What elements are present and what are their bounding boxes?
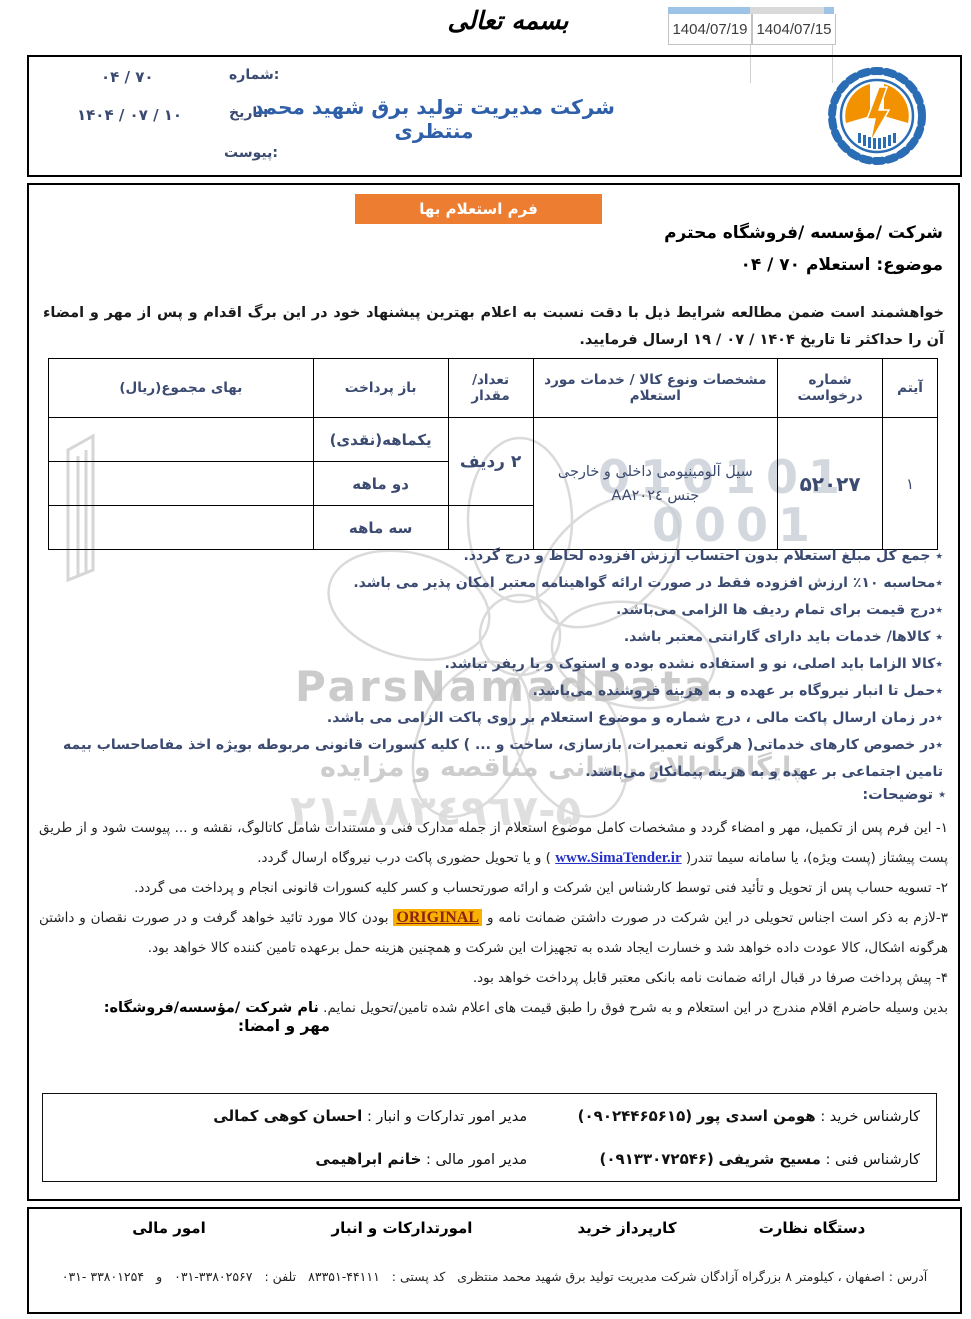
- declaration-line: بدین وسیله حاضرم اقلام مندرج در این استع…: [39, 993, 948, 1023]
- price-cell: [49, 418, 314, 462]
- subject-number: ۰۴ / ۷۰: [740, 255, 800, 275]
- condition-note: ٭در زمان ارسال پاکت مالی ، درج شماره و م…: [44, 705, 943, 732]
- subject-label: موضوع: استعلام: [806, 255, 943, 275]
- form-title-banner: فرم استعلام بها: [355, 194, 602, 224]
- contacts-box: کارشناس خرید : هومن اسدی پور (۰۹۰۲۴۴۶۵۶۱…: [42, 1093, 937, 1182]
- tab-date-2[interactable]: 1404/07/15: [752, 14, 836, 45]
- number-value: ۰۴ / ۷۰: [101, 68, 154, 86]
- technical-expert-label: کارشناس فنی :: [826, 1152, 920, 1168]
- dept-procurement-warehouse: امورتدارکات و انبار: [332, 1219, 473, 1237]
- intro-text-1: خواهشمند است ضمن مطالعه شرایط ذیل با دقت…: [43, 305, 944, 348]
- explanation-item-3: ۳-لازم به ذکر است اجناس تحویلی در این شر…: [39, 903, 948, 963]
- technical-expert-phone: (۰۹۱۳۳۰۷۲۵۴۶): [599, 1150, 713, 1168]
- phone-value-2: ۰۳۱- ۳۳۸۰۱۲۵۴: [62, 1269, 144, 1284]
- col-item: آیتم: [883, 359, 938, 418]
- explanations-title: ٭ توضیحات:: [862, 787, 946, 803]
- explanations-list: ۱- این فرم پس از تکمیل، مهر و امضاء گردد…: [39, 813, 948, 1023]
- explanation-3-text-a: ۳-لازم به ذکر است اجناس تحویلی در این شر…: [487, 910, 948, 926]
- condition-note: ٭ جمع کل مبلغ استعلام بدون احتساب ارزش ا…: [44, 543, 943, 570]
- finance-manager-row: مدیر امور مالی : خانم ابراهیمی: [43, 1150, 543, 1168]
- inquiry-items-table: آیتم شماره درخواست مشخصات ونوع کالا / خد…: [48, 358, 938, 550]
- form-body-box: فرم استعلام بها شرکت /مؤسسه /فروشگاه محت…: [27, 183, 960, 1201]
- procurement-manager-name: احسان کوهی کمالی: [213, 1107, 362, 1125]
- explanation-1-text-b: ) و یا تحویل حضوری پاکت درب نیروگاه ارسا…: [257, 850, 551, 866]
- address-text: آدرس : اصفهان ، کیلومتر ۸ بزرگراه آزادگا…: [457, 1269, 927, 1284]
- letterhead-box: شماره: ۰۴ / ۷۰ تاریخ: ۱۴۰۴ / ۰۷ / ۱۰ پیو…: [27, 55, 962, 177]
- finance-manager-label: مدیر امور مالی :: [426, 1152, 527, 1168]
- condition-note: ٭درج قیمت برای تمام ردیف ها الزامی می‌با…: [44, 597, 943, 624]
- table-row: ۱ ۵۲۰۲۷ سیل آلومینیومی داخلی و خارجی جنس…: [49, 418, 938, 462]
- col-quantity: تعداد/ مقدار: [448, 359, 533, 418]
- purchase-expert-name: هومن اسدی پور: [697, 1107, 816, 1125]
- price-cell: [49, 462, 314, 506]
- condition-note: ٭کالا الزاما باید اصلی، نو و استفاده نشد…: [44, 651, 943, 678]
- conditions-list: ٭ جمع کل مبلغ استعلام بدون احتساب ارزش ا…: [44, 543, 943, 786]
- dept-purchasing-agent: کارپرداز خرید: [577, 1219, 676, 1237]
- date-tabs: 1404/07/19 1404/07/15: [668, 7, 836, 45]
- request-number-cell: ۵۲۰۲۷: [778, 418, 883, 550]
- phone-conjunction: و: [156, 1269, 162, 1284]
- intro-paragraph: خواهشمند است ضمن مطالعه شرایط ذیل با دقت…: [43, 300, 944, 354]
- company-name: شرکت مدیریت تولید برق شهید محمد منتظری: [219, 95, 649, 143]
- explanation-item-1: ۱- این فرم پس از تکمیل، مهر و امضاء گردد…: [39, 813, 948, 873]
- intro-text-2: ارسال فرمایید.: [579, 332, 688, 348]
- technical-expert-name: مسیح شریفی: [719, 1150, 821, 1168]
- description-line-2: جنس AA۲۰۲٤: [538, 484, 774, 508]
- explanation-item-2: ۲- تسویه حساب پس از تحویل و تأئید فنی تو…: [39, 873, 948, 903]
- description-line-1: سیل آلومینیومی داخلی و خارجی: [538, 460, 774, 484]
- address-line: آدرس : اصفهان ، کیلومتر ۸ بزرگراه آزادگا…: [35, 1269, 954, 1284]
- subject-line: موضوع: استعلام ۰۴ / ۷۰: [740, 255, 943, 275]
- dept-supervision: دستگاه نظارت: [759, 1219, 866, 1237]
- tab-date-1[interactable]: 1404/07/19: [668, 14, 752, 45]
- technical-expert-row: کارشناس فنی : مسیح شریفی (۰۹۱۳۳۰۷۲۵۴۶): [543, 1150, 936, 1168]
- procurement-manager-label: مدیر امور تدارکات و انبار :: [367, 1109, 527, 1125]
- postal-label: کد پستی :: [392, 1269, 446, 1284]
- table-header-row: آیتم شماره درخواست مشخصات ونوع کالا / خد…: [49, 359, 938, 418]
- explanation-item-4: ۴- پیش پرداخت صرفا در قبال ارائه ضمانت ن…: [39, 963, 948, 993]
- stamp-signature-label: مهر و امضا:: [238, 1017, 330, 1035]
- item-number-cell: ۱: [883, 418, 938, 550]
- description-cell: سیل آلومینیومی داخلی و خارجی جنس AA۲۰۲٤: [533, 418, 778, 550]
- payment-term-cell: دو ماهه: [313, 462, 448, 506]
- purchase-expert-row: کارشناس خرید : هومن اسدی پور (۰۹۰۲۴۴۶۵۶۱…: [543, 1107, 936, 1125]
- purchase-expert-phone: (۰۹۰۲۴۴۶۵۶۱۵): [578, 1107, 692, 1125]
- attachment-label: پیوست:: [224, 145, 278, 161]
- finance-manager-name: خانم ابراهیمی: [315, 1150, 421, 1168]
- payment-term-cell: یکماهه(نقدی): [313, 418, 448, 462]
- number-label: شماره:: [229, 67, 279, 83]
- bismillah-calligraphy: بسمه تعالی: [408, 6, 608, 35]
- postal-value: ۸۳۳۵۱-۴۴۱۱۱: [308, 1269, 380, 1284]
- quantity-cell: ۲ ردیف: [448, 418, 533, 506]
- col-payment: باز پرداخت: [313, 359, 448, 418]
- col-description: مشخصات ونوع کالا / خدمات مورد استعلام: [533, 359, 778, 418]
- recipient-heading: شرکت /مؤسسه /فروشگاه محترم: [664, 223, 943, 243]
- company-logo-icon: [825, 63, 929, 169]
- original-highlight: ORIGINAL: [393, 909, 482, 926]
- company-name-field-label: نام شرکت /مؤسسه/فروشگاه:: [104, 1000, 319, 1016]
- simatender-link[interactable]: www.SimaTender.ir: [555, 850, 681, 866]
- purchase-expert-label: کارشناس خرید :: [820, 1109, 920, 1125]
- tab-bar: [668, 7, 836, 14]
- tab-bar-blue-end: [824, 7, 834, 14]
- condition-note: ٭در خصوص کارهای خدماتی( هرگونه تعمیرات، …: [44, 732, 943, 786]
- declaration-text: بدین وسیله حاضرم اقلام مندرج در این استع…: [323, 1000, 948, 1016]
- phone-value-1: ۰۳۱-۳۳۸۰۲۵۶۷: [174, 1269, 252, 1284]
- dept-finance: امور مالی: [132, 1219, 205, 1237]
- col-request-no: شماره درخواست: [778, 359, 883, 418]
- intro-deadline-date: ۱۹ / ۰۷ / ۱۴۰۴: [693, 327, 795, 354]
- condition-note: ٭ کالاها/ خدمات باید دارای گارانتی معتبر…: [44, 624, 943, 651]
- signature-footer-box: دستگاه نظارت کارپرداز خرید امورتدارکات و…: [27, 1207, 962, 1314]
- procurement-manager-row: مدیر امور تدارکات و انبار : احسان کوهی ک…: [43, 1107, 543, 1125]
- tab-bar-gray: [750, 7, 824, 14]
- date-value: ۱۴۰۴ / ۰۷ / ۱۰: [77, 106, 182, 124]
- condition-note: ٭حمل تا انبار نیروگاه بر عهده و به هزینه…: [44, 678, 943, 705]
- col-total-price: بهای مجموع(ریال): [49, 359, 314, 418]
- phone-label: تلفن :: [265, 1269, 297, 1284]
- condition-note: ٭محاسبه ۱۰٪ ارزش افزوده فقط در صورت ارائ…: [44, 570, 943, 597]
- inquiry-form-page: { "top": { "bismillah": "بسمه تعالی", "d…: [0, 0, 971, 1319]
- tab-bar-blue: [668, 7, 750, 14]
